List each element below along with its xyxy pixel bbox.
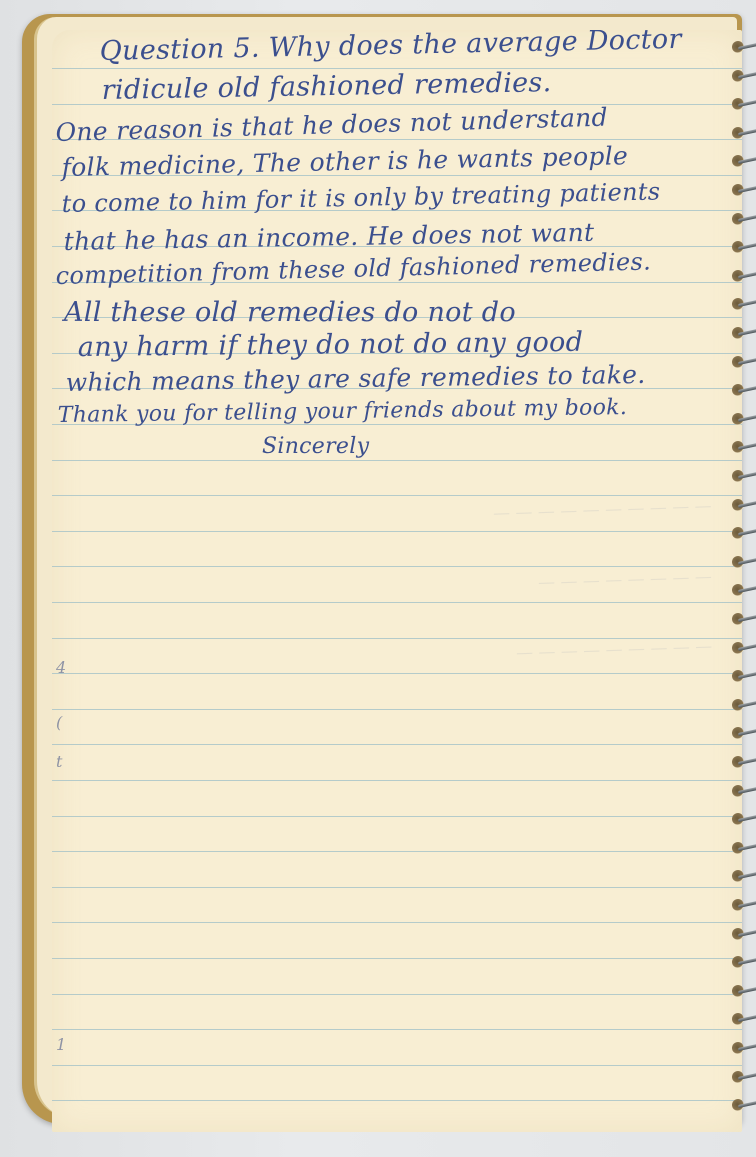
spiral-coil	[732, 498, 756, 512]
ruled-line	[52, 566, 742, 567]
spiral-coil	[732, 355, 756, 369]
spiral-coil	[732, 297, 756, 311]
spiral-coil	[732, 698, 756, 712]
spiral-coil	[732, 583, 756, 597]
ruled-line	[52, 780, 742, 781]
margin-mark: (	[56, 713, 62, 732]
notebook-page: — — — — — — — — — — — — — — — — — — — — …	[52, 30, 742, 1132]
ruled-line	[52, 602, 742, 603]
ruled-line	[52, 922, 742, 923]
spiral-coil	[732, 1012, 756, 1026]
spiral-coil	[732, 984, 756, 998]
letter-line: All these old remedies do not do	[64, 297, 516, 328]
letter-line: to come to him for it is only by treatin…	[61, 177, 660, 218]
bleed-through-text: — — — — — — — —	[538, 567, 712, 593]
spiral-coil	[732, 726, 756, 740]
letter-signoff: Sincerely	[262, 434, 369, 459]
ruled-line	[52, 709, 742, 710]
spiral-coil	[732, 869, 756, 883]
ruled-line	[52, 460, 742, 461]
margin-mark: 4	[56, 658, 66, 677]
spiral-coil	[732, 841, 756, 855]
spiral-coil	[732, 812, 756, 826]
spiral-coil	[732, 183, 756, 197]
letter-line: Question 5. Why does the average Doctor	[99, 30, 682, 67]
spiral-coil	[732, 40, 756, 54]
spiral-binding	[728, 0, 756, 1157]
spiral-coil	[732, 69, 756, 83]
spiral-coil	[732, 1070, 756, 1084]
spiral-coil	[732, 412, 756, 426]
bleed-through-text: — — — — — — — — —	[515, 637, 712, 664]
spiral-coil	[732, 469, 756, 483]
ruled-line	[52, 851, 742, 852]
ruled-line	[52, 531, 742, 532]
spiral-coil	[732, 612, 756, 626]
spiral-coil	[732, 269, 756, 283]
spiral-coil	[732, 97, 756, 111]
spiral-coil	[732, 669, 756, 683]
spiral-coil	[732, 526, 756, 540]
spiral-coil	[732, 326, 756, 340]
spiral-coil	[732, 383, 756, 397]
spiral-coil	[732, 927, 756, 941]
spiral-coil	[732, 784, 756, 798]
margin-mark: t	[56, 752, 62, 771]
spiral-coil	[732, 641, 756, 655]
ruled-line	[52, 1029, 742, 1030]
bleed-through-text: — — — — — — — — — —	[493, 496, 712, 524]
letter-line: One reason is that he does not understan…	[55, 103, 608, 147]
spiral-coil	[732, 1098, 756, 1112]
ruled-line	[52, 744, 742, 745]
spiral-coil	[732, 440, 756, 454]
ruled-line	[52, 673, 742, 674]
spiral-coil	[732, 555, 756, 569]
spiral-coil	[732, 898, 756, 912]
ruled-line	[52, 958, 742, 959]
letter-line: ridicule old fashioned remedies.	[101, 67, 551, 106]
ruled-line	[52, 816, 742, 817]
spiral-coil	[732, 126, 756, 140]
ruled-line	[52, 495, 742, 496]
letter-line: which means they are safe remedies to ta…	[66, 360, 646, 397]
spiral-coil	[732, 955, 756, 969]
spiral-coil	[732, 240, 756, 254]
spiral-coil	[732, 1041, 756, 1055]
ruled-line	[52, 994, 742, 995]
spiral-coil	[732, 154, 756, 168]
letter-line: any harm if they do not do any good	[78, 327, 584, 363]
margin-mark: 1	[56, 1035, 66, 1054]
ruled-line	[52, 1100, 742, 1101]
spiral-coil	[732, 212, 756, 226]
spiral-coil	[732, 755, 756, 769]
ruled-line	[52, 887, 742, 888]
ruled-line	[52, 1065, 742, 1066]
